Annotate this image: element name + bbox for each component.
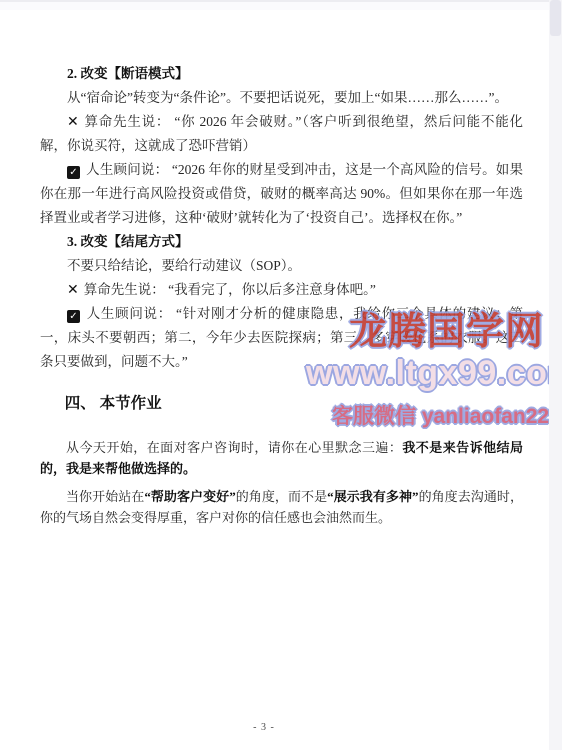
section-3-bad-text: 算命先生说： “我看完了，你以后多注意身体吧。” — [84, 282, 376, 297]
document-content: 2. 改变【断语模式】 从“宿命论”转变为“条件论”。不要把话说死，要加上“如果… — [40, 62, 523, 528]
section-3-good-text: 人生顾问说： “针对刚才分析的健康隐患，我给你三个具体的建议：第一，床头不要朝西… — [40, 306, 523, 369]
cross-icon: ✕ — [67, 114, 79, 130]
section-3-intro: 不要只给结论，要给行动建议（SOP）。 — [40, 254, 523, 278]
checkbox-checked-icon: ✓ — [67, 166, 80, 179]
homework-p2-emphasis1: “帮助客户变好” — [144, 489, 235, 504]
homework-heading: 四、 本节作业 — [40, 392, 523, 416]
scrollbar-thumb[interactable] — [550, 0, 561, 36]
section-2-heading: 2. 改变【断语模式】 — [40, 62, 523, 86]
section-2-good-text: 人生顾问说： “2026 年你的财星受到冲击，这是一个高风险的信号。如果你在那一… — [40, 162, 523, 225]
homework-p1-text: 从今天开始，在面对客户咨询时，请你在心里默念三遍： — [66, 440, 402, 455]
document-page: 2. 改变【断语模式】 从“宿命论”转变为“条件论”。不要把话说死，要加上“如果… — [0, 0, 562, 750]
section-2-bad-text: 算命先生说： “你 2026 年会破财。”（客户听到很绝望，然后问能不能化解，你… — [40, 114, 523, 153]
cross-icon: ✕ — [67, 282, 79, 298]
homework-paragraph-1: 从今天开始，在面对客户咨询时，请你在心里默念三遍：我不是来告诉他结局的，我是来帮… — [40, 438, 523, 479]
homework-p2-seg2: 的角度，而不是 — [236, 489, 327, 504]
homework-p2-seg1: 当你开始站在 — [66, 489, 144, 504]
scrollbar-track[interactable] — [549, 0, 562, 750]
page-top-fade — [0, 2, 562, 10]
page-number: - 3 - — [224, 722, 304, 733]
section-3-good-example: ✓人生顾问说： “针对刚才分析的健康隐患，我给你三个具体的建议：第一，床头不要朝… — [40, 302, 523, 374]
homework-p2-emphasis2: “展示我有多神” — [327, 489, 418, 504]
section-2-bad-example: ✕算命先生说： “你 2026 年会破财。”（客户听到很绝望，然后问能不能化解，… — [40, 110, 523, 158]
homework-paragraph-2: 当你开始站在“帮助客户变好”的角度，而不是“展示我有多神”的角度去沟通时，你的气… — [40, 487, 523, 528]
section-3-heading: 3. 改变【结尾方式】 — [40, 230, 523, 254]
section-3-bad-example: ✕算命先生说： “我看完了，你以后多注意身体吧。” — [40, 278, 523, 302]
section-2-good-example: ✓人生顾问说： “2026 年你的财星受到冲击，这是一个高风险的信号。如果你在那… — [40, 158, 523, 230]
section-2-intro: 从“宿命论”转变为“条件论”。不要把话说死，要加上“如果……那么……”。 — [40, 86, 523, 110]
checkbox-checked-icon: ✓ — [67, 310, 80, 323]
